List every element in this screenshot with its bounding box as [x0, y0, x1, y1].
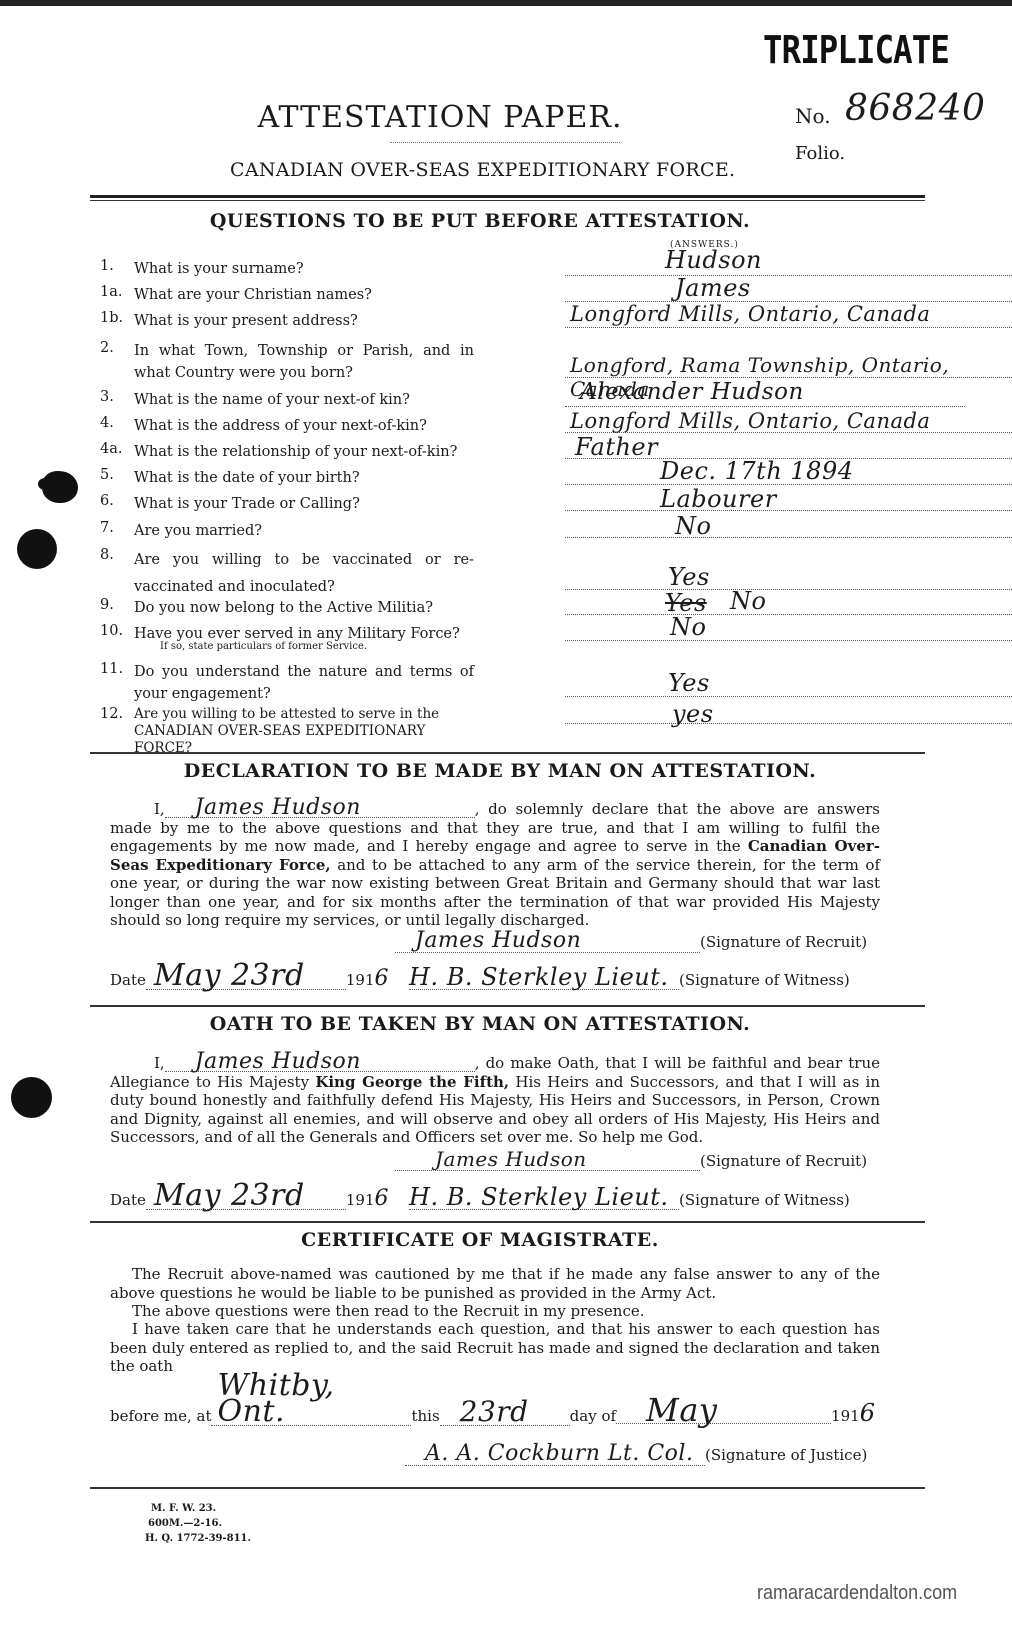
certificate-para-2: The above questions were then read to th…	[132, 1302, 882, 1321]
questions-heading: QUESTIONS TO BE PUT BEFORE ATTESTATION.	[0, 210, 960, 232]
answer-present-address: Longford Mills, Ontario, Canada	[570, 302, 930, 326]
question-number: 5.	[100, 467, 132, 483]
question-number: 1a.	[100, 284, 132, 300]
header-rule-thin	[90, 200, 925, 201]
certificate-heading: CERTIFICATE OF MAGISTRATE.	[0, 1229, 960, 1251]
question-text: What is your present address?	[134, 310, 474, 332]
answer-willing-to-serve: yes	[672, 700, 714, 728]
question-number: 3.	[100, 389, 132, 405]
question-number: 10.	[100, 623, 132, 639]
scan-top-edge	[0, 0, 1012, 6]
answer-birth-date: Dec. 17th 1894	[660, 457, 854, 485]
question-text: Do you understand the nature and terms o…	[134, 661, 474, 705]
question-number: 8.	[100, 547, 132, 563]
form-code-line-2: 600M.—2-16.	[148, 1516, 251, 1531]
oath-king-bold: King George the Fifth,	[315, 1073, 509, 1091]
question-text: What is the relationship of your next-of…	[134, 441, 484, 463]
recruit-signature-label: (Signature of Recruit)	[700, 1152, 867, 1170]
question-number: 9.	[100, 597, 132, 613]
website-watermark: ramaracardendalton.com	[757, 1582, 957, 1605]
question-text: Do you now belong to the Active Militia?	[134, 597, 474, 619]
answer-christian-names: James	[675, 274, 751, 302]
section-divider	[90, 1005, 925, 1007]
declaration-prefix: I,	[110, 800, 165, 818]
document-title: ATTESTATION PAPER.	[0, 100, 880, 135]
triplicate-stamp: TRIPLICATE	[763, 28, 949, 72]
oath-date: May 23rd	[146, 1183, 346, 1210]
punch-hole	[11, 1077, 52, 1118]
declaration-recruit-signature: James Hudson	[395, 930, 700, 953]
oath-text: I,James Hudson, do make Oath, that I wil…	[110, 1053, 880, 1147]
regimental-number: 868240	[845, 88, 985, 129]
question-note: If so, state particulars of former Servi…	[160, 641, 367, 652]
question-text: What is the date of your birth?	[134, 467, 474, 489]
question-text: What are your Christian names?	[134, 284, 474, 306]
year-prefix: 191	[346, 971, 375, 989]
year-suffix: 6	[860, 1399, 876, 1427]
answer-understand-terms: Yes	[668, 669, 710, 697]
question-number: 4.	[100, 415, 132, 431]
this-label: this	[411, 1407, 439, 1425]
before-me-label: before me, at	[110, 1407, 211, 1425]
declaration-recruit-signature-line: James Hudson(Signature of Recruit)	[395, 930, 875, 953]
header-rule	[90, 195, 925, 198]
declaration-text: I,James Hudson, do solemnly declare that…	[110, 799, 880, 930]
answer-line	[565, 723, 1012, 724]
punch-hole	[17, 529, 57, 569]
question-text: Are you willing to be vaccinated or re-v…	[134, 547, 474, 601]
answer-line	[565, 640, 1012, 641]
answer-line	[565, 696, 1012, 697]
declaration-heading: DECLARATION TO BE MADE BY MAN ON ATTESTA…	[0, 760, 1000, 782]
folio-label: Folio.	[795, 143, 845, 164]
oath-date-witness-line: DateMay 23rd1916H. B. Sterkley Lieut.(Si…	[110, 1183, 890, 1211]
question-number: 1b.	[100, 310, 132, 326]
question-text: What is the name of your next-of kin?	[134, 389, 474, 411]
answer-next-of-kin-address: Longford Mills, Ontario, Canada	[570, 409, 930, 433]
oath-recruit-name: James Hudson	[165, 1053, 475, 1072]
answer-line	[565, 589, 1012, 590]
magistrate-place: Whitby, Ont.	[211, 1373, 411, 1426]
answer-line	[565, 537, 1012, 538]
oath-recruit-signature: James Hudson	[395, 1148, 700, 1171]
form-code: M. F. W. 23. 600M.—2-16. H. Q. 1772-39-8…	[148, 1501, 251, 1546]
document-subtitle: CANADIAN OVER-SEAS EXPEDITIONARY FORCE.	[230, 159, 735, 181]
answer-military-service: No	[670, 613, 706, 641]
justice-signature-line: A. A. Cockburn Lt. Col.(Signature of Jus…	[405, 1443, 885, 1466]
question-text: In what Town, Township or Parish, and in…	[134, 340, 474, 384]
form-code-line-3: H. Q. 1772-39-811.	[145, 1531, 251, 1546]
question-number: 4a.	[100, 441, 132, 457]
day-of-label: day of	[570, 1407, 616, 1425]
year-prefix: 191	[831, 1407, 860, 1425]
section-divider	[90, 752, 925, 754]
oath-heading: OATH TO BE TAKEN BY MAN ON ATTESTATION.	[0, 1013, 960, 1035]
magistrate-day: 23rd	[440, 1399, 570, 1426]
footer-rule	[90, 1487, 925, 1489]
oath-witness-signature: H. B. Sterkley Lieut.	[409, 1185, 679, 1210]
year-prefix: 191	[346, 1191, 375, 1209]
oath-prefix: I,	[110, 1054, 165, 1072]
answer-vaccinated: Yes	[668, 563, 710, 591]
certificate-place-date-line: before me, atWhitby, Ont.this23rdday ofM…	[110, 1373, 900, 1427]
question-number: 7.	[100, 520, 132, 536]
witness-signature-label: (Signature of Witness)	[679, 1191, 850, 1209]
date-label: Date	[110, 971, 146, 989]
declaration-date-witness-line: DateMay 23rd1916H. B. Sterkley Lieut.(Si…	[110, 963, 890, 991]
question-number: 6.	[100, 493, 132, 509]
justice-signature: A. A. Cockburn Lt. Col.	[405, 1443, 705, 1466]
form-code-line-1: M. F. W. 23.	[148, 1501, 251, 1516]
oath-recruit-signature-line: James Hudson(Signature of Recruit)	[395, 1148, 875, 1171]
justice-signature-label: (Signature of Justice)	[705, 1446, 867, 1464]
answer-line	[565, 275, 1012, 276]
year-suffix: 6	[375, 966, 390, 991]
ink-blot	[38, 478, 52, 490]
question-text: Are you married?	[134, 520, 474, 542]
question-number: 11.	[100, 661, 132, 677]
section-divider	[90, 1221, 925, 1223]
question-number: 1.	[100, 258, 132, 274]
title-underline	[390, 141, 620, 143]
declaration-recruit-name: James Hudson	[165, 799, 475, 818]
answer-relationship: Father	[575, 433, 658, 461]
witness-signature-label: (Signature of Witness)	[679, 971, 850, 989]
answer-line	[565, 406, 965, 407]
certificate-para-1: The Recruit above-named was cautioned by…	[110, 1265, 880, 1302]
answer-next-of-kin: Alexander Hudson	[580, 379, 804, 405]
magistrate-month: May	[616, 1397, 831, 1424]
year-suffix: 6	[375, 1186, 390, 1211]
declaration-witness-signature: H. B. Sterkley Lieut.	[409, 965, 679, 990]
question-number: 2.	[100, 340, 132, 356]
question-text: What is the address of your next-of-kin?	[134, 415, 474, 437]
answer-militia: No	[730, 587, 766, 615]
question-text: What is your Trade or Calling?	[134, 493, 474, 515]
recruit-signature-label: (Signature of Recruit)	[700, 933, 867, 951]
declaration-date: May 23rd	[146, 963, 346, 990]
answer-trade: Labourer	[660, 485, 777, 513]
answer-line	[565, 614, 1012, 615]
answer-surname: Hudson	[665, 246, 762, 274]
number-label: No.	[795, 104, 831, 128]
question-text: What is your surname?	[134, 258, 474, 280]
date-label: Date	[110, 1191, 146, 1209]
answer-married: No	[675, 512, 711, 540]
answer-line	[565, 510, 1012, 511]
question-number: 12.	[100, 706, 132, 722]
question-text: Are you willing to be attested to serve …	[134, 706, 474, 757]
answer-line	[565, 327, 1012, 328]
